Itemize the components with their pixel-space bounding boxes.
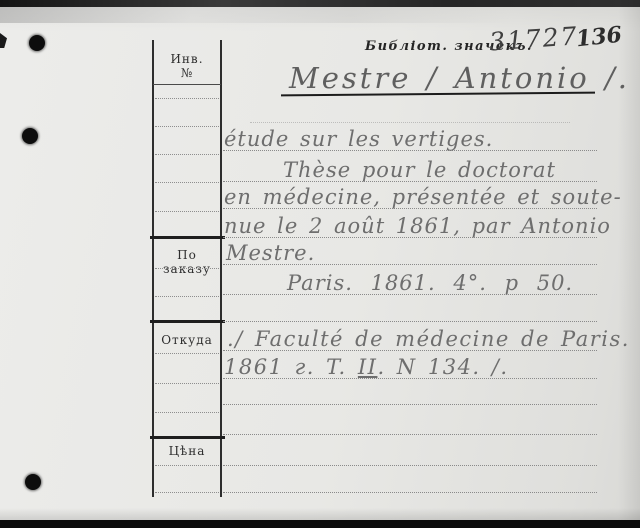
column-ruling [155,154,219,155]
column-ruling [155,465,219,466]
column-ruling [155,268,219,269]
writing-ruling [223,465,597,466]
column-ruling [155,182,219,183]
column-ruling [155,296,219,297]
entry-body-line: nue le 2 août 1861, par Antonio [224,214,611,238]
catalog-card-scan: Инв. № По заказу Откуда Цѣна Библіот. зн… [0,0,640,528]
writing-ruling [223,434,597,435]
punch-hole [29,35,45,51]
scan-top-edge [0,0,640,7]
column-section-divider [150,320,225,323]
entry-imprint-line: Paris. 1861. 4°. p 50. [287,271,573,295]
writing-ruling [223,492,597,493]
entry-citation-line: ./ Faculté de médecine de Paris. [227,327,630,351]
label-price: Цѣна [153,444,221,458]
citation-roman-numeral: II [358,355,378,379]
column-ruling [155,126,219,127]
writing-ruling [250,122,570,123]
column-ruling [155,412,219,413]
entry-body-line: Mestre. [226,241,315,265]
punch-hole [25,474,41,490]
scan-bottom-edge [0,520,640,528]
punch-hole [22,128,38,144]
column-section-divider [150,236,225,239]
scan-edge-mark [0,33,7,48]
writing-ruling [223,321,597,322]
column-ruling [155,211,219,212]
entry-citation-line: 1861 г. T. II. N 134. /. [224,355,509,379]
column-header-rule [153,84,221,85]
scan-top-smudge [0,7,640,23]
column-ruling [155,492,219,493]
column-ruling [155,383,219,384]
column-ruling [155,353,219,354]
label-origin: Откуда [153,333,221,347]
entry-body-line: en médecine, présentée et soute- [224,185,622,209]
citation-prefix: 1861 г. T. [224,355,358,379]
writing-ruling [223,404,597,405]
entry-title-line: étude sur les vertiges. [224,127,493,151]
citation-suffix: . N 134. /. [377,355,508,379]
entry-body-line: Thèse pour le doctorat [283,158,556,182]
column-ruling [155,98,219,99]
label-by-order: По заказу [153,248,221,276]
scan-bottom-shadow [0,508,640,520]
column-section-divider [150,436,225,439]
entry-heading: Mestre / Antonio /. [289,61,630,95]
label-inventory-number-sign: № [153,66,221,80]
corner-page-number: 136 [575,22,623,53]
label-inventory: Инв. [153,52,221,66]
